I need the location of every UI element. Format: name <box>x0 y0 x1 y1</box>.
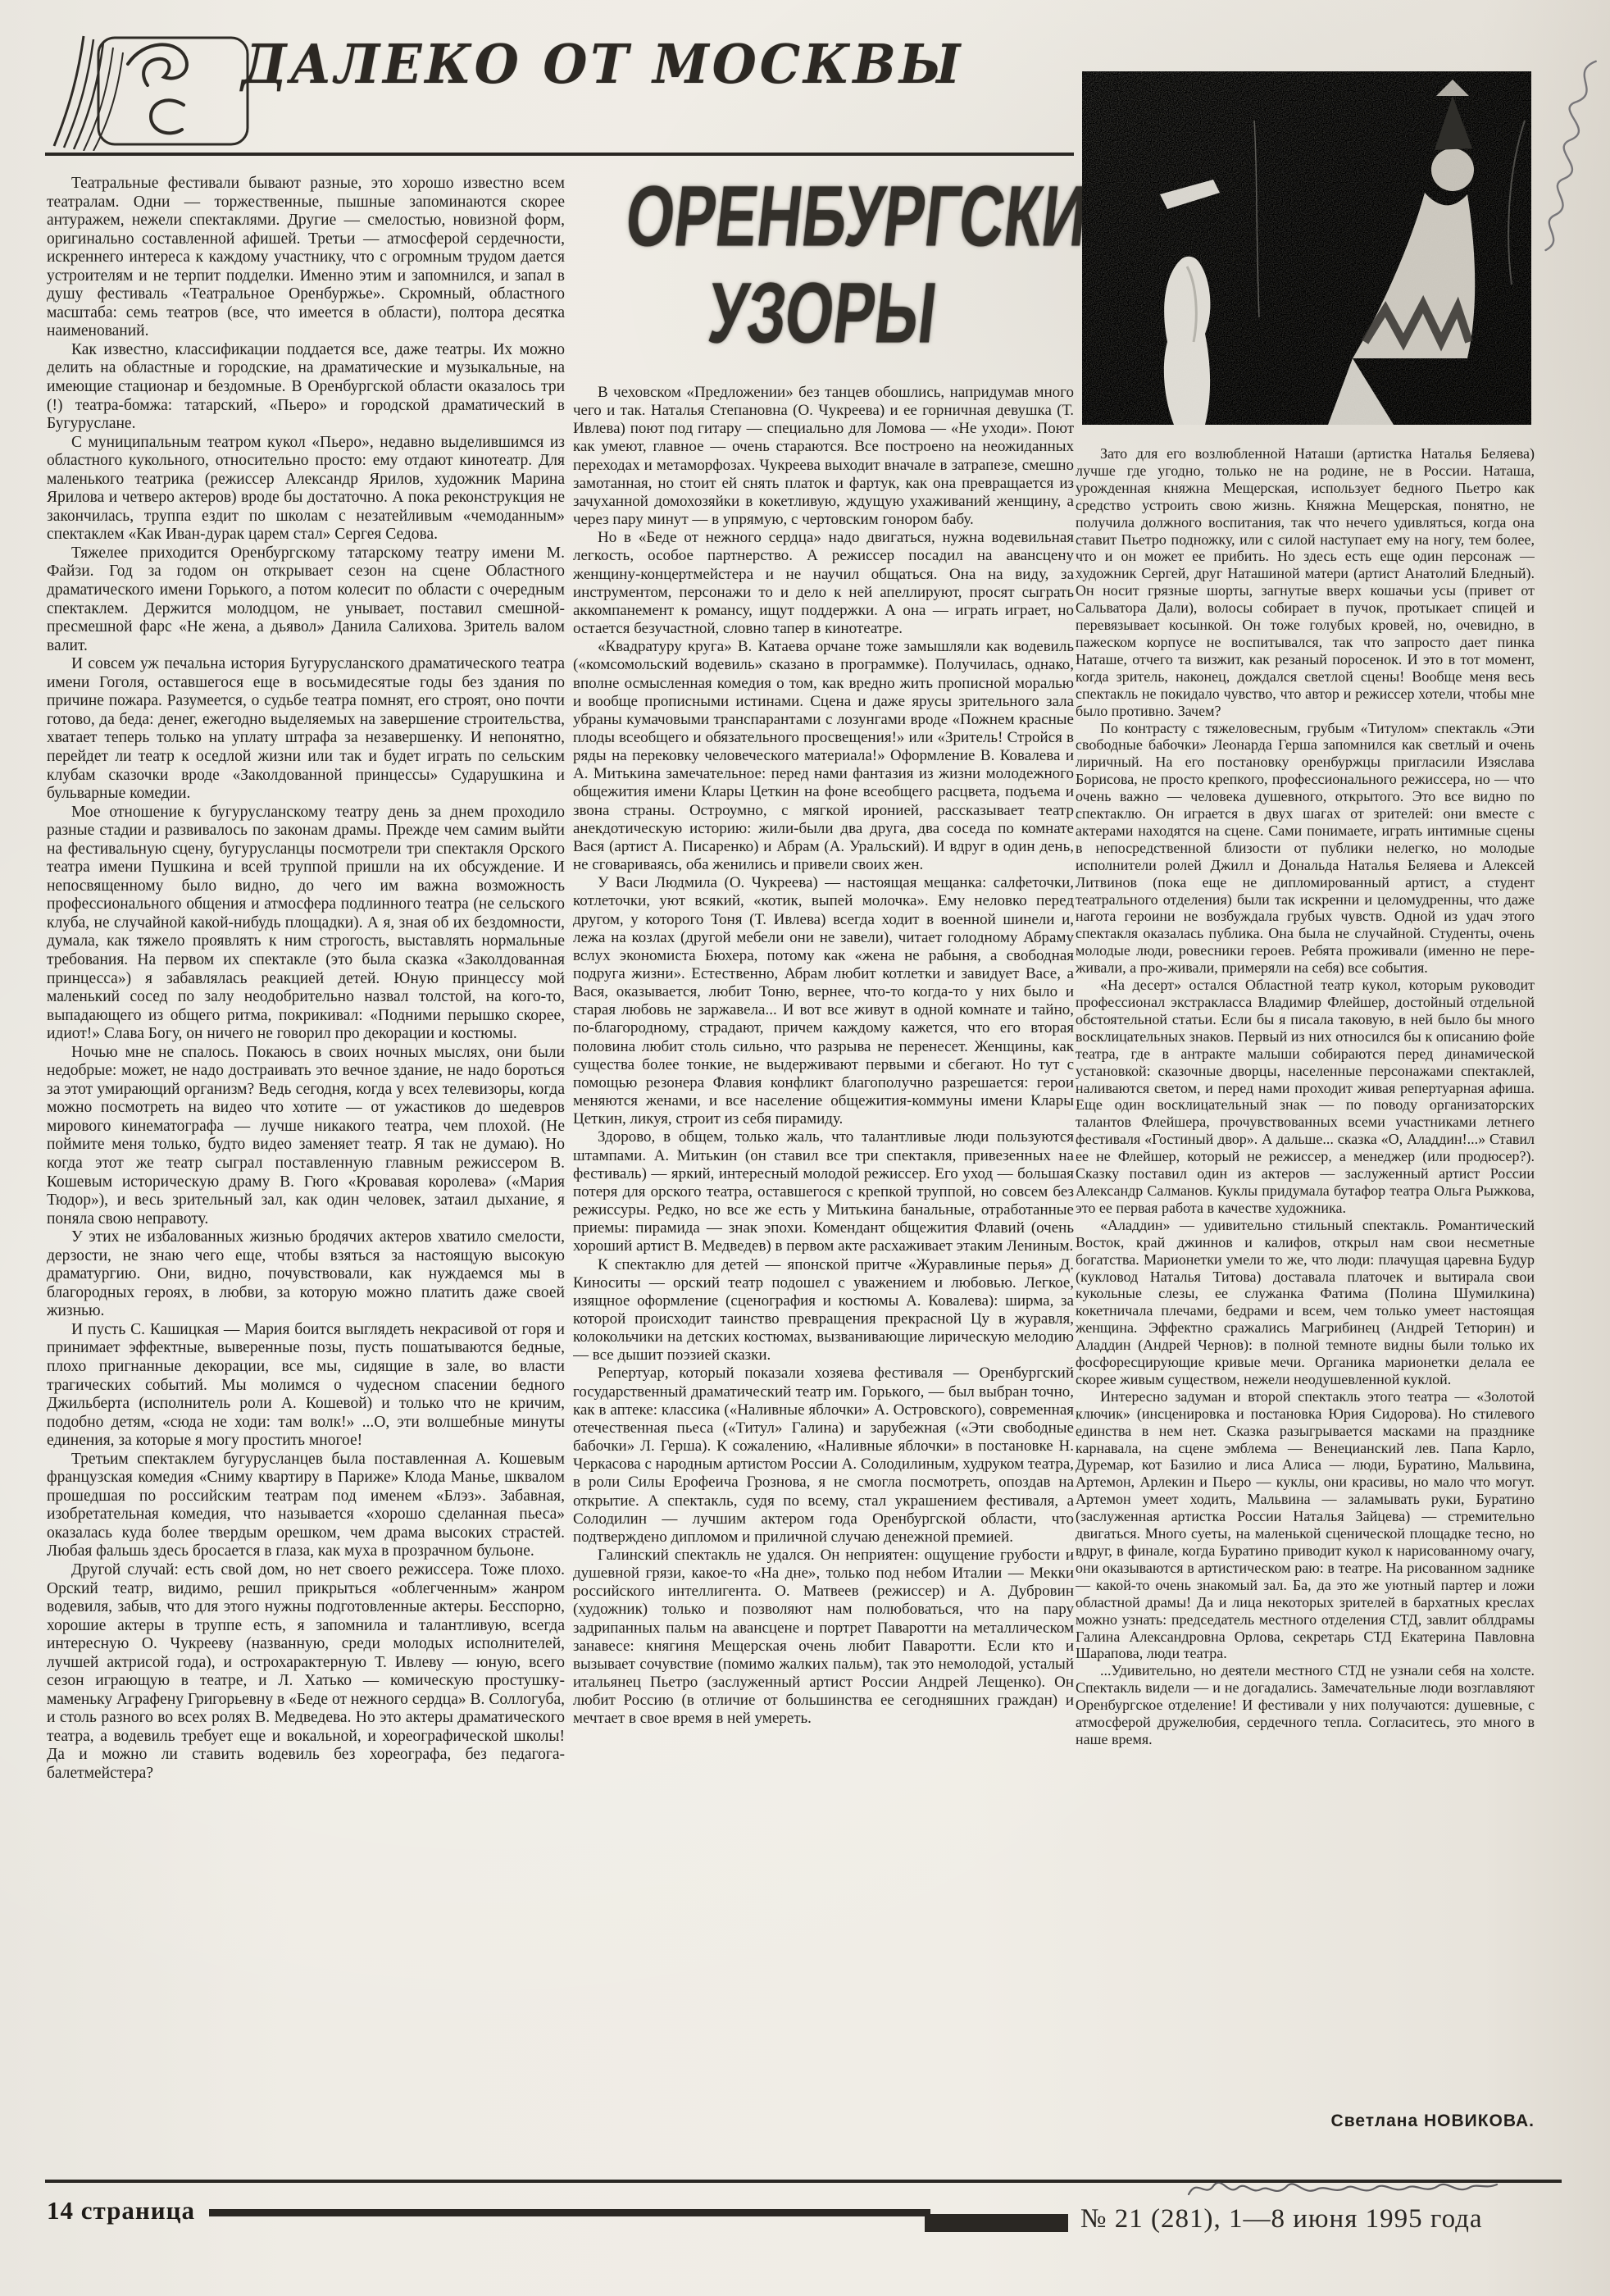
rubric-title: ДАЛЕКО ОТ МОСКВЫ <box>238 33 967 96</box>
paragraph: И пусть С. Кашицкая — Мария боится выгля… <box>47 1321 565 1451</box>
paragraph: Мое отношение к бугурусланскому театру д… <box>47 804 565 1044</box>
paragraph: Репертуар, который показали хозяева фест… <box>573 1364 1074 1547</box>
paragraph: «Аладдин» — удивительно стильный спектак… <box>1076 1217 1535 1388</box>
page-number-label: 14 страница <box>47 2196 195 2225</box>
paragraph: Тяжелее приходится Оренбургскому татарск… <box>47 544 565 655</box>
paragraph: По контрасту с тяжеловесным, грубым «Тит… <box>1076 720 1535 977</box>
paragraph: У этих не избалованных жизнью бродячих а… <box>47 1228 565 1321</box>
paragraph: Ночью мне не спалось. Покаюсь в своих но… <box>47 1044 565 1228</box>
paragraph: Галинский спектакль не удался. Он неприя… <box>573 1547 1074 1729</box>
article-column-right: Зато для его возлюбленной Наташи (артист… <box>1076 445 1535 2095</box>
paragraph: Третьим спектаклем бугурусланцев была по… <box>47 1451 565 1561</box>
paragraph: ...Удивительно, но деятели местного СТД … <box>1076 1662 1535 1748</box>
article-column-middle: В чеховском «Предложении» без танцев обо… <box>573 384 1074 2153</box>
newspaper-page: ДАЛЕКО ОТ МОСКВЫ ОРЕНБУРГСКИЕ УЗОРЫ <box>0 0 1610 2296</box>
footer-handwritten-note <box>1180 2162 1508 2211</box>
paragraph: И совсем уж печальна история Бугурусланс… <box>47 655 565 803</box>
paragraph: Но в «Беде от нежного сердца» надо двига… <box>573 529 1074 638</box>
headline-line-1: ОРЕНБУРГСКИЕ <box>621 164 1024 268</box>
paragraph: Как известно, классификации поддается вс… <box>47 341 565 434</box>
paragraph: Здорово, в общем, только жаль, что талан… <box>573 1128 1074 1255</box>
masthead-rule <box>45 153 1074 156</box>
paragraph: «Квадратуру круга» В. Катаева орчане тож… <box>573 638 1074 874</box>
puppet-stage-photo <box>1082 71 1531 425</box>
paragraph: Театральные фестивали бывают разные, это… <box>47 175 565 341</box>
paragraph: Зато для его возлюбленной Наташи (артист… <box>1076 445 1535 720</box>
paragraph: В чеховском «Предложении» без танцев обо… <box>573 384 1074 529</box>
issue-bar <box>925 2214 1068 2232</box>
headline-line-2: УЗОРЫ <box>621 261 1024 365</box>
issue-date-label: № 21 (281), 1—8 июня 1995 года <box>1080 2204 1483 2234</box>
paragraph: С муниципальным театром кукол «Пьеро», н… <box>47 434 565 544</box>
paragraph: «На десерт» остался Областной театр куко… <box>1076 977 1535 1217</box>
paragraph: К спектаклю для детей — японской притче … <box>573 1256 1074 1365</box>
article-headline: ОРЕНБУРГСКИЕ УЗОРЫ <box>571 168 1074 362</box>
paragraph: У Васи Людмила (О. Чукреева) — настоящая… <box>573 874 1074 1128</box>
paragraph: Другой случай: есть свой дом, но нет сво… <box>47 1561 565 1783</box>
footer-rule <box>45 2180 1562 2183</box>
paragraph: Интересно задуман и второй спектакль это… <box>1076 1388 1535 1663</box>
theater-curtain-logo-icon <box>46 31 252 151</box>
author-byline: Светлана НОВИКОВА. <box>1076 2111 1535 2131</box>
article-column-left: Театральные фестивали бывают разные, это… <box>47 175 565 2171</box>
page-number-rule <box>209 2209 930 2216</box>
